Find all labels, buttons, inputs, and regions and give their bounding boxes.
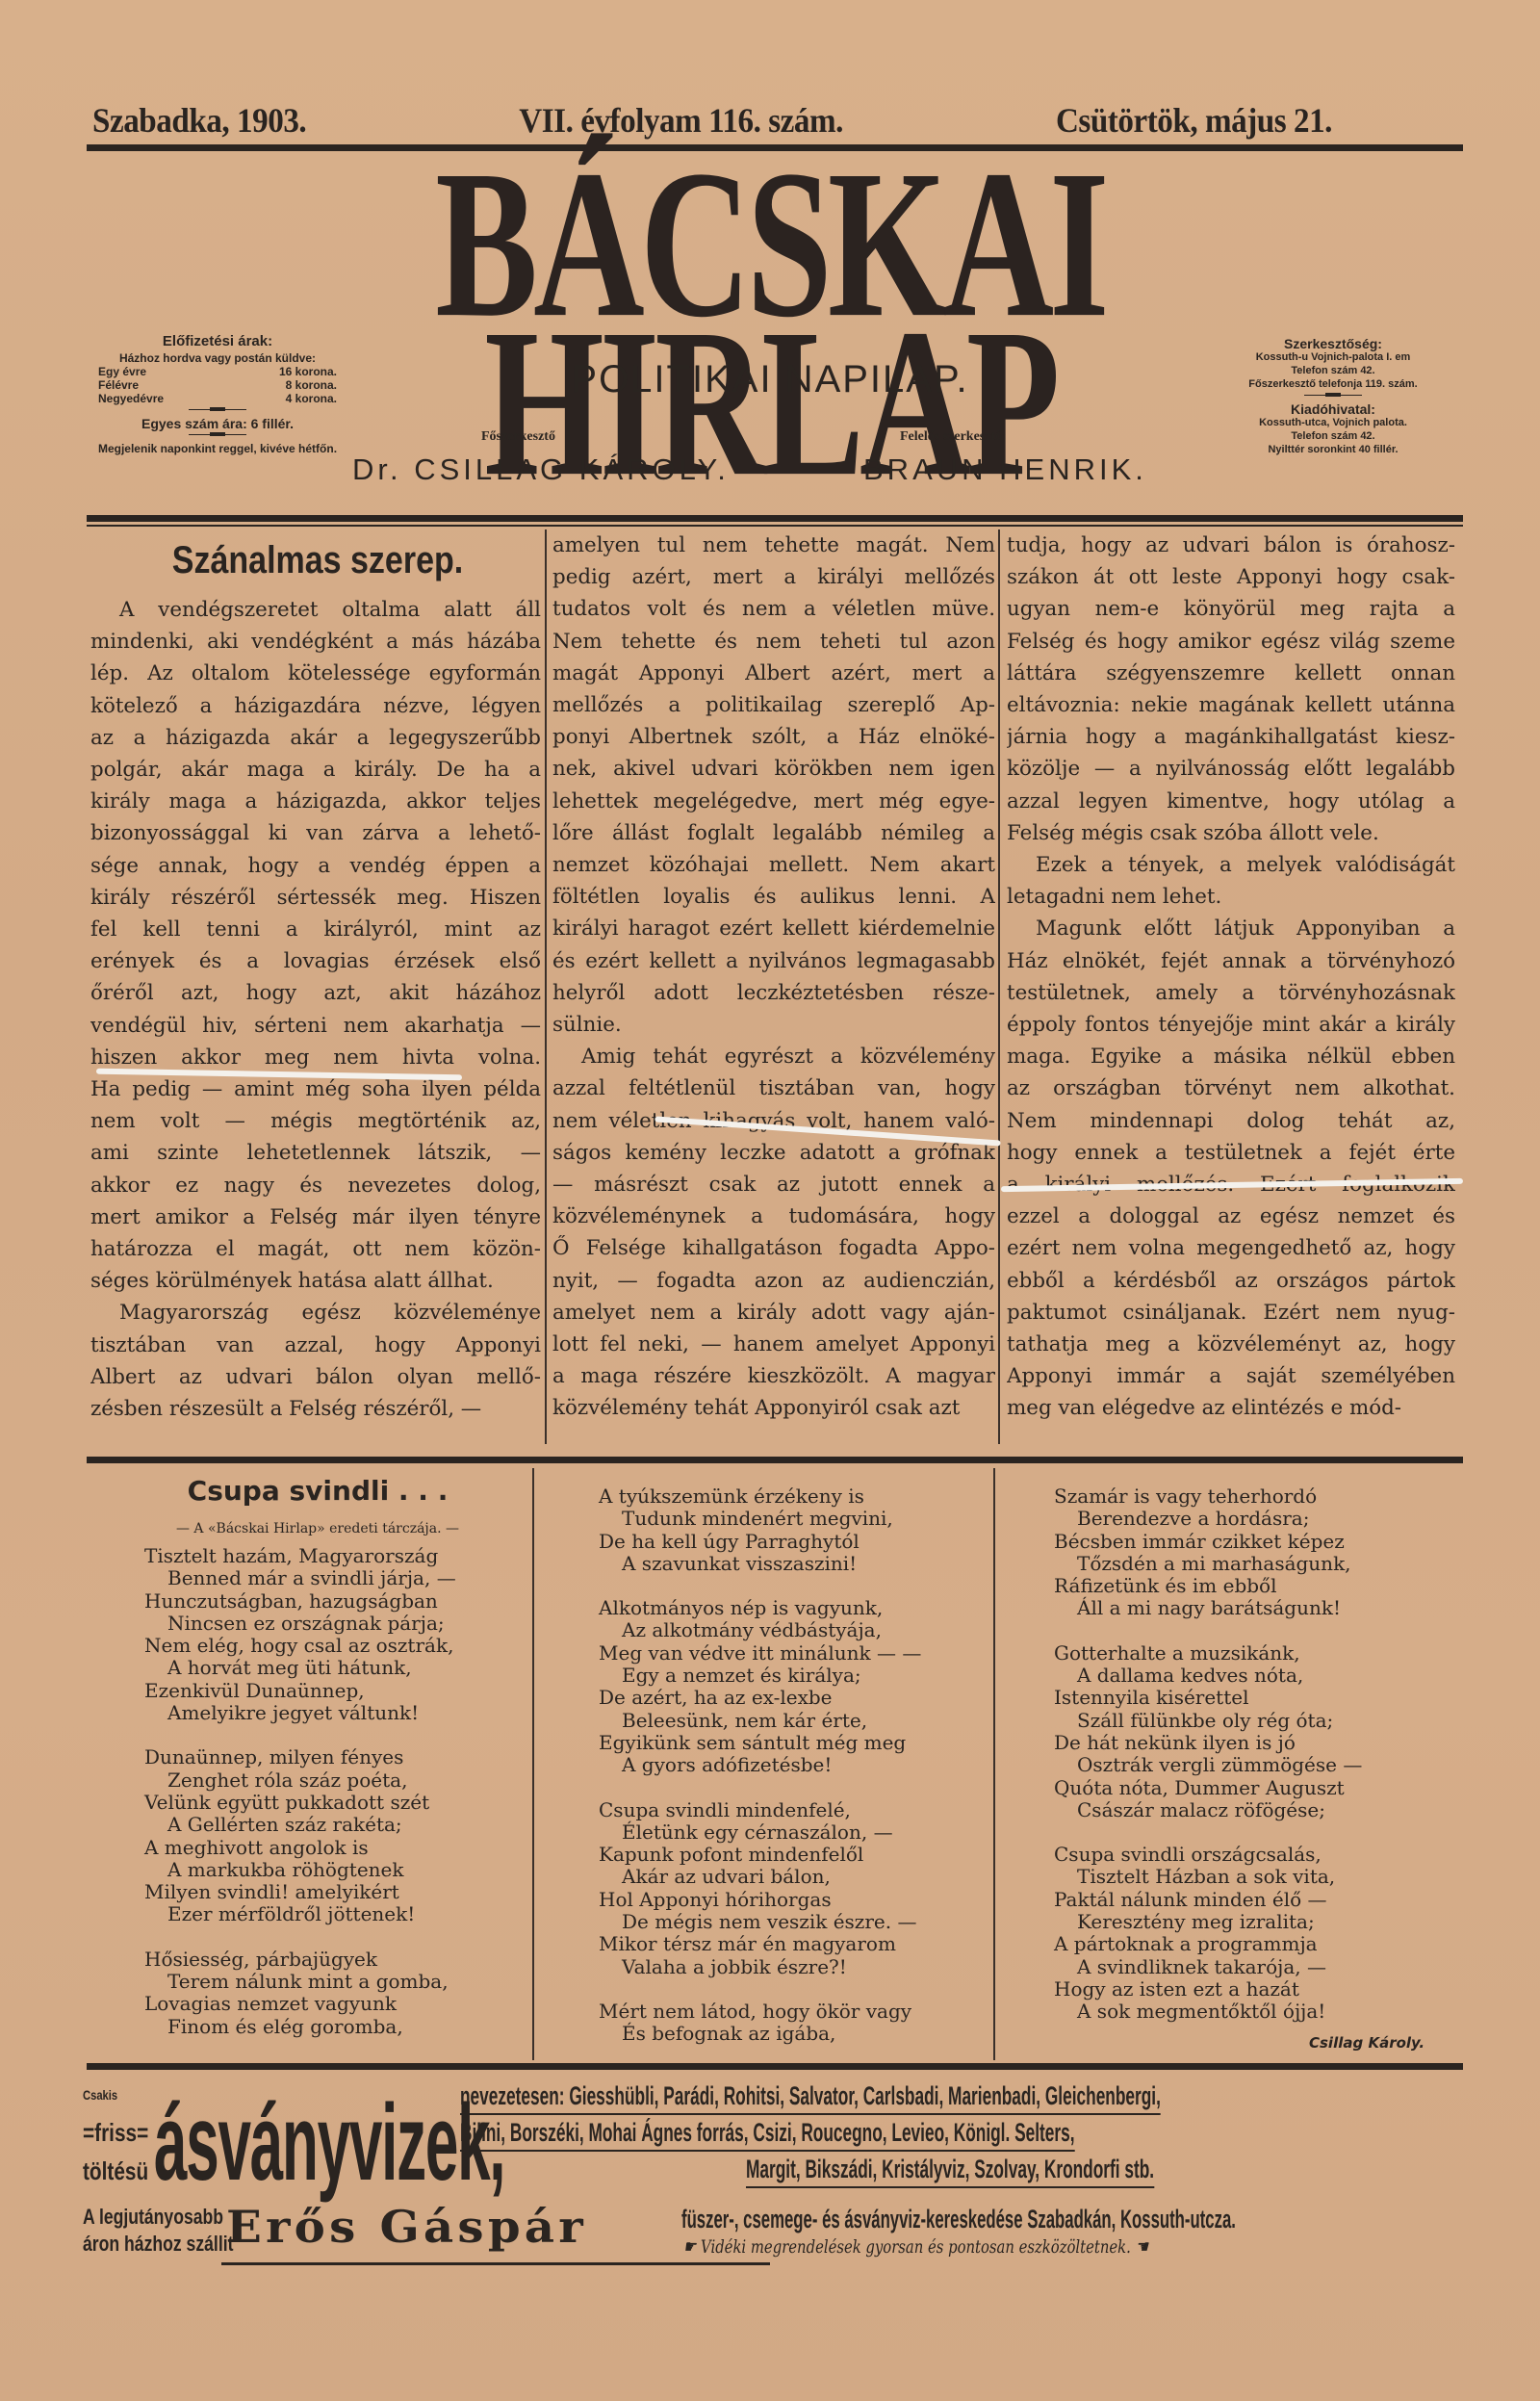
- stanza-gap: [1054, 1821, 1362, 1844]
- article-line: Albert az udvari bálon olyan mellő-: [90, 1361, 541, 1393]
- article-line: — másrészt csak az jutott ennek a: [552, 1169, 995, 1200]
- article-line: nem véletlen kihagyás volt, hanem való-: [552, 1105, 995, 1137]
- article-paragraph: A vendégszeretet oltalma alatt állminden…: [90, 594, 541, 1297]
- article-column-1: A vendégszeretet oltalma alatt állminden…: [90, 594, 541, 1425]
- article-line: éppoly fontos tényejője mint akár a kirá…: [1007, 1009, 1455, 1041]
- article-line: mellőzés a politikailag szereplő Ap-: [552, 689, 995, 721]
- article-line: azzal feltétlenül tisztában van, hogy: [552, 1072, 995, 1104]
- article-line: tudja, hogy az udvari bálon is órahosz-: [1007, 529, 1455, 561]
- poem-verse: De hát nekünk ilyen is jó: [1054, 1732, 1362, 1754]
- separator: [1304, 395, 1362, 399]
- poem-verse: Bécsben immár czikket képez: [1054, 1531, 1362, 1553]
- poem-verse: Valaha a jobbik észre?!: [599, 1956, 921, 1978]
- article-column-2: amelyen tul nem tehette magát. Nempedig …: [552, 529, 995, 1425]
- masthead-title: BÁCSKAI HIRLAP: [231, 166, 1309, 324]
- poem-verse: Tisztelt Házban a sok vita,: [1054, 1866, 1362, 1888]
- article-line: lőre állást foglalt legalább némileg a: [552, 817, 995, 849]
- stanza-gap: [144, 1926, 456, 1949]
- poem-stanza: Hősiesség, párbajügyekTerem nálunk mint …: [144, 1949, 456, 2038]
- poem-column-1: Tisztelt hazám, MagyarországBenned már a…: [144, 1545, 456, 2038]
- poem-verse: A Gellérten száz rakéta;: [144, 1814, 456, 1836]
- price-amount: 16 korona.: [279, 365, 337, 378]
- article-column-3: tudja, hogy az udvari bálon is órahosz-s…: [1007, 529, 1455, 1425]
- publication-schedule: Megjelenik naponkint reggel, kivéve hétf…: [92, 442, 343, 455]
- article-line: kötelező a házigazdára nézve, légyen: [90, 690, 541, 722]
- article-line: Felség és hogy amikor egész világ szeme: [1007, 626, 1455, 658]
- article-line: helyről adott leczkéztetésben része-: [552, 977, 995, 1009]
- poem-verse: Zenghet róla száz poéta,: [144, 1769, 456, 1792]
- poem-verse: Tisztelt hazám, Magyarország: [144, 1545, 456, 1567]
- poem-verse: Hősiesség, párbajügyek: [144, 1949, 456, 1971]
- article-line: föltétlen loyalis és aulikus lenni. A: [552, 881, 995, 913]
- poem-verse: Istennyila kisérettel: [1054, 1687, 1362, 1709]
- article-line: közvéleménynek a tudomására, hogy: [552, 1200, 995, 1232]
- article-paragraph: amelyen tul nem tehette magát. Nempedig …: [552, 529, 995, 1041]
- poem-verse: Gotterhalte a muzsikánk,: [1054, 1642, 1362, 1665]
- poem-stanza: Tisztelt hazám, MagyarországBenned már a…: [144, 1545, 456, 1724]
- article-line: közvélemény tehát Apponyiról csak azt: [552, 1392, 995, 1424]
- responsible-editor-label: Felelős szerkesztő:: [900, 429, 1007, 445]
- poem-verse: És befognak az igába,: [599, 2023, 921, 2045]
- article-line: Felség mégis csak szóba állott vele.: [1007, 817, 1455, 849]
- poem-verse: Száll fülünkbe oly rég óta;: [1054, 1710, 1362, 1732]
- article-paragraph: Magunk előtt látjuk Apponyiban aHáz elnö…: [1007, 913, 1455, 1424]
- poem-verse: Császár malacz röfögése;: [1054, 1799, 1362, 1821]
- poem-verse: Quóta nóta, Dummer Auguszt: [1054, 1777, 1362, 1799]
- price-amount: 4 korona.: [286, 392, 337, 405]
- editorial-phone: Telefon szám 42.: [1193, 364, 1473, 377]
- ad-delivery-1: A legjutányosabb: [83, 2205, 223, 2230]
- poem-author: Csillag Károly.: [1309, 2034, 1424, 2052]
- poem-verse: Lovagias nemzet vagyunk: [144, 1993, 456, 2015]
- article-line: polgár, akár maga a király. De ha a: [90, 754, 541, 786]
- poem-stanza: Csupa svindli mindenfelé,Életünk egy cér…: [599, 1799, 921, 1978]
- article-line: határozza el magát, ott nem közön-: [90, 1233, 541, 1265]
- poem-stanza: A tyúkszemünk érzékeny isTudunk mindenér…: [599, 1485, 921, 1575]
- stanza-gap: [599, 1777, 921, 1799]
- stanza-gap: [1054, 1620, 1362, 1642]
- article-headline: Szánalmas szerep.: [121, 539, 514, 582]
- article-line: Amig tehát egyrészt a közvélemény: [552, 1041, 995, 1072]
- masthead-rule-thin: [87, 525, 1463, 527]
- poem-verse: Alkotmányos nép is vagyunk,: [599, 1597, 921, 1619]
- article-line: mindenki, aki vendégként a más házába: [90, 626, 541, 658]
- chief-editor-name: Dr. CSILLAG KÁROLY.: [352, 452, 730, 487]
- poem-verse: Tőzsdén a mi marhaságunk,: [1054, 1553, 1362, 1575]
- poem-verse: Beleesünk, nem kár érte,: [599, 1710, 921, 1732]
- ad-delivery-2: áron házhoz szállit: [83, 2232, 233, 2257]
- article-line: nyit, — fogadta azon az audienczián,: [552, 1265, 995, 1297]
- offices-box: Szerkesztőség: Kossuth-u Vojnich-palota …: [1193, 337, 1473, 456]
- ad-product: ásványvizek,: [154, 2081, 504, 2206]
- poem-verse: Csupa svindli mindenfelé,: [599, 1799, 921, 1821]
- separator: [189, 434, 246, 438]
- poem-stanza: Mért nem látod, hogy ökör vagyÉs befogna…: [599, 2001, 921, 2046]
- poem-verse: A szavunkat visszaszini!: [599, 1553, 921, 1575]
- article-line: Ha pedig — amint még soha ilyen példa: [90, 1073, 541, 1105]
- article-line: Ő Felsége kihallgatáson fogadta Appo-: [552, 1232, 995, 1264]
- article-line: fel kell tenni a királyról, mint az: [90, 914, 541, 945]
- article-line: ponyi Albertnek szólt, a Ház elnöké-: [552, 721, 995, 753]
- article-line: akkor ez nagy és nevezetes dolog,: [90, 1170, 541, 1201]
- ad-rule: [221, 2262, 770, 2265]
- article-line: tisztában van azzal, hogy Apponyi: [90, 1330, 541, 1361]
- article-line: azzal legyen kimentve, hogy utólag a: [1007, 786, 1455, 817]
- ad-note-text: Vidéki megrendelések gyorsan és pontosan…: [701, 2236, 1131, 2258]
- poem-verse: A dallama kedves nóta,: [1054, 1665, 1362, 1687]
- masthead-rule: [87, 515, 1463, 522]
- poem-verse: De mégis nem veszik észre. —: [599, 1911, 921, 1933]
- article-line: erények és a lovagias érzések első: [90, 945, 541, 977]
- poem-verse: Egy a nemzet és királya;: [599, 1665, 921, 1687]
- poem-verse: A svindliknek takarója, —: [1054, 1956, 1362, 1978]
- poem-verse: A markukba röhögtenek: [144, 1859, 456, 1881]
- article-line: maga. Egyike a másika nélkül ebben: [1007, 1041, 1455, 1072]
- tagline: POLITIKAI NAPILAP.: [481, 358, 1059, 401]
- poem-verse: A pártoknak a programmja: [1054, 1933, 1362, 1955]
- article-paragraph: Magyarország egész közvéleményetisztában…: [90, 1297, 541, 1425]
- editorial-address: Kossuth-u Vojnich-palota I. em: [1193, 350, 1473, 364]
- article-line: királyi haragot ezért kellett kiérdemeln…: [552, 913, 995, 944]
- poem-verse: Terem nálunk mint a gomba,: [144, 1971, 456, 1993]
- editorial-office-title: Szerkesztőség:: [1193, 337, 1473, 350]
- price-row: Félévre8 korona.: [92, 378, 343, 392]
- article-line: nem volt — mégis megtörténik az,: [90, 1105, 541, 1137]
- article-line: paktumot csináljanak. Ezért nem nyug-: [1007, 1297, 1455, 1329]
- article-line: amelyen tul nem tehette magát. Nem: [552, 529, 995, 561]
- section-rule: [87, 2063, 1463, 2070]
- price-period: Negyedévre: [98, 392, 164, 405]
- ad-brands-line-1: nevezetesen: Giesshübli, Parádi, Rohitsi…: [460, 2081, 1161, 2115]
- article-line: a maga részére kieszközölt. A magyar: [552, 1360, 995, 1392]
- article-line: meg van elégedve az elintézés e mód-: [1007, 1392, 1455, 1424]
- article-line: és ezért kellett a nyilvános legmagasabb: [552, 945, 995, 977]
- chief-editor-label: Főszerkesztő: [481, 429, 555, 445]
- poem-verse: Ezer mérföldről jöttenek!: [144, 1903, 456, 1925]
- article-line: láttára szégyenszemre kellett onnan: [1007, 658, 1455, 689]
- column-divider: [545, 529, 547, 1444]
- article-line: ebből a kérdésből az országos pártok: [1007, 1265, 1455, 1297]
- price-list: Egy évre16 korona.Félévre8 korona.Negyed…: [92, 365, 343, 405]
- pointing-hand-icon: ☚: [1136, 2236, 1148, 2258]
- poem-verse: Áll a mi nagy barátságunk!: [1054, 1597, 1362, 1619]
- newspaper-page: Szabadka, 1903. VII. évfolyam 116. szám.…: [0, 0, 1540, 2401]
- price-period: Félévre: [98, 378, 139, 392]
- article-line: testületnek, amely a törvényhozásnak: [1007, 977, 1455, 1009]
- article-line: Apponyi immár a saját személyében: [1007, 1360, 1455, 1392]
- poem-verse: Keresztény meg izralita;: [1054, 1911, 1362, 1933]
- poem-column-2: A tyúkszemünk érzékeny isTudunk mindenér…: [599, 1485, 921, 2046]
- publisher-address: Kossuth-utca, Vojnich palota.: [1193, 416, 1473, 429]
- article-line: lép. Az oltalom kötelessége egyformán: [90, 658, 541, 689]
- poem-stanza: Dunaünnep, milyen fényesZenghet róla szá…: [144, 1746, 456, 1925]
- ad-brands-line-3: Margit, Bikszádi, Kristályviz, Szolvay, …: [746, 2155, 1154, 2188]
- ad-shop-description: füszer-, csemege- és ásványviz-kereskedé…: [681, 2205, 1236, 2234]
- ad-brands-line-2: Bilini, Borszéki, Mohai Ágnes forrás, Cs…: [460, 2118, 1075, 2152]
- subscription-box: Előfizetési árak: Házhoz hordva vagy pos…: [92, 335, 343, 455]
- article-line: Ezek a tények, a melyek valódiságát: [1007, 849, 1455, 881]
- poem-stanza: Szamár is vagy teherhordóBerendezve a ho…: [1054, 1485, 1362, 1620]
- article-line: ezzel a dologgal az egész nemzet és: [1007, 1200, 1455, 1232]
- price-period: Egy évre: [98, 365, 146, 378]
- poem-verse: A gyors adófizetésbe!: [599, 1754, 921, 1776]
- poem-column-3: Szamár is vagy teherhordóBerendezve a ho…: [1054, 1485, 1362, 2024]
- stanza-gap: [144, 1724, 456, 1746]
- poem-verse: Egyikünk sem sántult még meg: [599, 1732, 921, 1754]
- article-line: király maga a házigazda, akkor teljes: [90, 786, 541, 817]
- ad-rate: Nyilttér soronkint 40 fillér.: [1193, 443, 1473, 456]
- place-year: Szabadka, 1903.: [92, 100, 306, 141]
- poem-verse: De ha kell úgy Parraghytól: [599, 1531, 921, 1553]
- poem-subtitle: — A «Bácskai Hirlap» eredeti tárczája. —: [87, 1521, 549, 1536]
- publisher-phone: Telefon szám 42.: [1193, 429, 1473, 443]
- article-line: Ház elnökét, fejét annak a törvényhozó: [1007, 945, 1455, 977]
- poem-verse: Berendezve a hordásra;: [1054, 1508, 1362, 1530]
- price-amount: 8 korona.: [286, 378, 337, 392]
- price-row: Negyedévre4 korona.: [92, 392, 343, 405]
- responsible-editor-name: BRAUN HENRIK.: [863, 452, 1147, 487]
- article-line: A vendégszeretet oltalma alatt áll: [90, 594, 541, 626]
- article-line: bizonyossággal ki van zárva a lehető-: [90, 817, 541, 849]
- poem-verse: Benned már a svindli járja, —: [144, 1567, 456, 1589]
- poem-verse: Életünk egy cérnaszálon, —: [599, 1821, 921, 1844]
- publisher-office-title: Kiadóhivatal:: [1193, 402, 1473, 416]
- article-line: őréről azt, hogy azt, akit házához: [90, 977, 541, 1009]
- article-line: lehettek megelégedve, mert még egye-: [552, 786, 995, 817]
- article-line: járnia hogy a magánkihallgatást kiesz-: [1007, 721, 1455, 753]
- poem-verse: Hunczutságban, hazugságban: [144, 1590, 456, 1613]
- poem-stanza: Alkotmányos nép is vagyunk,Az alkotmány …: [599, 1597, 921, 1776]
- poem-verse: Szamár is vagy teherhordó: [1054, 1485, 1362, 1508]
- poem-verse: Meg van védve itt minálunk — —: [599, 1642, 921, 1665]
- poem-verse: Nincsen ez országnak párja;: [144, 1613, 456, 1635]
- poem-verse: Tudunk mindenért megvini,: [599, 1508, 921, 1530]
- ad-merchant-name: Erős Gáspár: [226, 2201, 587, 2253]
- ad-note: ☛ Vidéki megrendelések gyorsan és pontos…: [683, 2236, 1148, 2258]
- stanza-gap: [599, 1978, 921, 2001]
- article-line: az országban törvényt nem alkothat.: [1007, 1072, 1455, 1104]
- poem-verse: Ezenkivül Dunaünnep,: [144, 1680, 456, 1702]
- article-paragraph: Ezek a tények, a melyek valódiságátletag…: [1007, 849, 1455, 913]
- poem-verse: Amelyikre jegyet váltunk!: [144, 1702, 456, 1724]
- article-line: lott fel neki, — hanem amelyet Apponyi: [552, 1329, 995, 1360]
- article-line: pedig azért, mert a királyi mellőzés: [552, 561, 995, 593]
- article-line: Nem mindennapi dolog tehát az,: [1007, 1105, 1455, 1137]
- price-row: Egy évre16 korona.: [92, 365, 343, 378]
- pointing-hand-icon: ☛: [683, 2236, 696, 2258]
- poem-stanza: Csupa svindli országcsalás,Tisztelt Házb…: [1054, 1844, 1362, 2023]
- poem-verse: A meghivott angolok is: [144, 1837, 456, 1859]
- article-line: séges körülmények hatása alatt állhat.: [90, 1265, 541, 1297]
- column-divider: [993, 1468, 995, 2060]
- poem-verse: Az alkotmány védbástyája,: [599, 1619, 921, 1641]
- article-line: zésben részesült a Felség részéről, —: [90, 1393, 541, 1425]
- single-issue-price: Egyes szám ára: 6 fillér.: [92, 417, 343, 430]
- article-line: Nem tehette és nem teheti tul azon: [552, 626, 995, 658]
- section-rule: [87, 1457, 1463, 1463]
- article-line: ugyan nem-e könyörül meg rajta a: [1007, 593, 1455, 625]
- ad-fresh: =friss=: [83, 2118, 148, 2148]
- article-line: amelyet nem a király adott vagy aján-: [552, 1297, 995, 1329]
- article-line: nemzet közóhajai mellett. Nem akart: [552, 849, 995, 881]
- column-divider: [532, 1468, 534, 2060]
- poem-verse: Nem elég, hogy csal az osztrák,: [144, 1635, 456, 1657]
- poem-verse: Hogy az isten ezt a hazát: [1054, 1978, 1362, 2001]
- article-line: ságos kemény leczke adatott a grófnak: [552, 1137, 995, 1169]
- article-line: nek, akivel udvari körökben nem igen: [552, 753, 995, 785]
- article-line: király részéről sértessék meg. Hiszen: [90, 882, 541, 914]
- poem-verse: Paktál nálunk minden élő —: [1054, 1889, 1362, 1911]
- poem-verse: Mikor térsz már én magyarom: [599, 1933, 921, 1955]
- poem-verse: Akár az udvari bálon,: [599, 1866, 921, 1888]
- poem-verse: Ráfizetünk és im ebből: [1054, 1575, 1362, 1597]
- article-line: magát Apponyi Albert azért, mert a: [552, 658, 995, 689]
- ad-only: Csakis: [83, 2087, 117, 2103]
- ad-filled: töltésü: [83, 2156, 148, 2186]
- article-paragraph: Amig tehát egyrészt a közvéleményazzal f…: [552, 1041, 995, 1424]
- article-line: mert amikor a Felség már ilyen tényre: [90, 1201, 541, 1233]
- poem-verse: Finom és elég goromba,: [144, 2016, 456, 2038]
- article-line: letagadni nem lehet.: [1007, 881, 1455, 913]
- poem-verse: A horvát meg üti hátunk,: [144, 1657, 456, 1679]
- subscription-title: Előfizetési árak:: [92, 335, 343, 349]
- article-line: közölje — a nyilvánosság előtt legalább: [1007, 753, 1455, 785]
- poem-verse: Mért nem látod, hogy ökör vagy: [599, 2001, 921, 2023]
- poem-verse: Csupa svindli országcsalás,: [1054, 1844, 1362, 1866]
- article-line: hogy ennek a testületnek a fejét érte: [1007, 1137, 1455, 1169]
- separator: [189, 409, 246, 413]
- poem-verse: De azért, ha az ex-lexbe: [599, 1687, 921, 1709]
- column-divider: [998, 529, 1000, 1444]
- poem-verse: Kapunk pofont mindenfelől: [599, 1844, 921, 1866]
- article-line: eltávoznia: nekie magának kellett utánna: [1007, 689, 1455, 721]
- poem-title: Csupa svindli . . .: [87, 1475, 549, 1507]
- article-paragraph: tudja, hogy az udvari bálon is órahosz-s…: [1007, 529, 1455, 849]
- article-line: tudatos volt és nem a véletlen müve.: [552, 593, 995, 625]
- article-line: sége annak, hogy a vendég éppen a: [90, 850, 541, 882]
- poem-verse: Milyen svindli! amelyikért: [144, 1881, 456, 1903]
- article-line: szákon át ott leste Apponyi hogy csak-: [1007, 561, 1455, 593]
- article-line: tathatja meg a közvéleményt az, hogy: [1007, 1329, 1455, 1360]
- poem-verse: Velünk együtt pukkadott szét: [144, 1792, 456, 1814]
- article-line: vendégül hiv, sérteni nem akarhatja —: [90, 1010, 541, 1042]
- article-line: sülnie.: [552, 1009, 995, 1041]
- article-line: az a házigazda akár a legegyszerűbb: [90, 722, 541, 754]
- article-line: Magyarország egész közvéleménye: [90, 1297, 541, 1329]
- article-line: Magunk előtt látjuk Apponyiban a: [1007, 913, 1455, 944]
- article-line: ami szinte lehetetlennek látszik, —: [90, 1137, 541, 1169]
- poem-verse: Osztrák vergli zümmögése —: [1054, 1754, 1362, 1776]
- chief-editor-phone: Főszerkesztő telefonja 119. szám.: [1193, 377, 1473, 391]
- poem-verse: A sok megmentőktől ójja!: [1054, 2001, 1362, 2023]
- poem-stanza: Gotterhalte a muzsikánk,A dallama kedves…: [1054, 1642, 1362, 1821]
- article-line: ezért nem volna megengedhető az, hogy: [1007, 1232, 1455, 1264]
- stanza-gap: [599, 1575, 921, 1597]
- poem-verse: Dunaünnep, milyen fényes: [144, 1746, 456, 1768]
- poem-verse: A tyúkszemünk érzékeny is: [599, 1485, 921, 1508]
- poem-verse: Hol Apponyi hórihorgas: [599, 1889, 921, 1911]
- subscription-delivery: Házhoz hordva vagy postán küldve:: [92, 351, 343, 365]
